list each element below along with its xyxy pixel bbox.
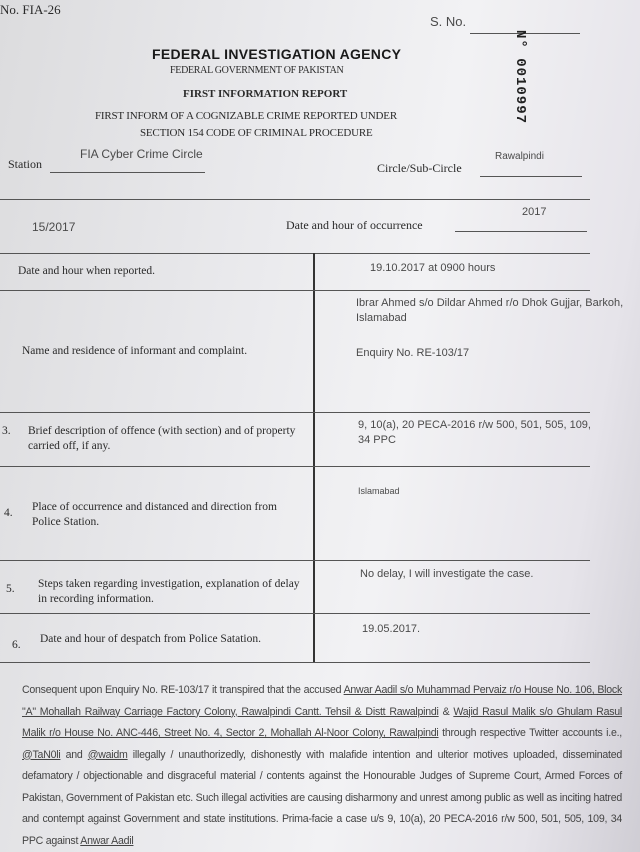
row-divider — [0, 290, 590, 291]
row-number: 3. — [2, 424, 11, 439]
station-value: FIA Cyber Crime Circle — [80, 147, 203, 161]
table-bottom-border — [0, 662, 590, 663]
occurrence-underline — [455, 231, 587, 232]
report-intro-line-2: SECTION 154 CODE OF CRIMINAL PROCEDURE — [140, 127, 372, 139]
row-label: Steps taken regarding investigation, exp… — [38, 577, 310, 607]
narrative-text: Consequent upon Enquiry No. RE-103/17 it… — [22, 684, 344, 696]
row-value: 19.10.2017 at 0900 hours — [370, 261, 495, 276]
row-divider — [0, 560, 590, 561]
table-column-divider — [313, 253, 315, 663]
narrative-paragraph: Consequent upon Enquiry No. RE-103/17 it… — [22, 680, 622, 852]
report-title: FIRST INFORMATION REPORT — [183, 88, 347, 100]
row-value: 19.05.2017. — [362, 622, 420, 637]
occurrence-label: Date and hour of occurrence — [286, 218, 423, 233]
accused-1-name: Anwar Aadil — [80, 835, 133, 847]
circle-underline — [480, 176, 582, 177]
divider — [0, 199, 590, 200]
twitter-handle-1: @TaN0li — [22, 749, 60, 761]
row-value: No delay, I will investigate the case. — [360, 567, 533, 582]
enquiry-number: Enquiry No. RE-103/17 — [356, 346, 469, 361]
row-label: Place of occurrence and distanced and di… — [32, 500, 307, 530]
row-number: 6. — [12, 638, 21, 653]
row-label: Name and residence of informant and comp… — [22, 344, 247, 359]
occurrence-value: 2017 — [522, 206, 546, 218]
table-top-border — [0, 253, 590, 254]
station-label: Station — [8, 157, 42, 172]
row-number: 4. — [4, 506, 13, 521]
row-label: Date and hour when reported. — [18, 264, 155, 279]
narrative-text: illegally / unauthorizedly, dishonestly … — [22, 749, 622, 847]
narrative-text: through respective Twitter accounts i.e.… — [439, 727, 622, 739]
narrative-text: and — [60, 749, 87, 761]
row-label: Date and hour of despatch from Police Sa… — [40, 632, 261, 647]
fir-number: 15/2017 — [32, 220, 75, 234]
narrative-text: & — [439, 706, 454, 718]
twitter-handle-2: @waidm — [88, 749, 128, 761]
agency-title: FEDERAL INVESTIGATION AGENCY — [152, 46, 401, 62]
row-value: Ibrar Ahmed s/o Dildar Ahmed r/o Dhok Gu… — [356, 296, 640, 326]
serial-label: S. No. — [430, 14, 466, 29]
circle-label: Circle/Sub-Circle — [377, 161, 462, 176]
government-subtitle: FEDERAL GOVERNMENT OF PAKISTAN — [170, 65, 343, 76]
row-number: 5. — [6, 582, 15, 597]
report-intro-line-1: FIRST INFORM OF A COGNIZABLE CRIME REPOR… — [95, 110, 397, 122]
row-value: 9, 10(a), 20 PECA-2016 r/w 500, 501, 505… — [358, 418, 598, 448]
row-divider — [0, 412, 590, 413]
form-number: No. FIA-26 — [0, 2, 61, 18]
row-divider — [0, 613, 590, 614]
row-label: Brief description of offence (with secti… — [28, 424, 308, 454]
row-divider — [0, 466, 590, 467]
serial-number-stamp: N° 0010997 — [512, 30, 528, 124]
circle-value: Rawalpindi — [495, 151, 544, 162]
station-underline — [50, 172, 205, 173]
row-value: Islamabad — [358, 484, 400, 499]
